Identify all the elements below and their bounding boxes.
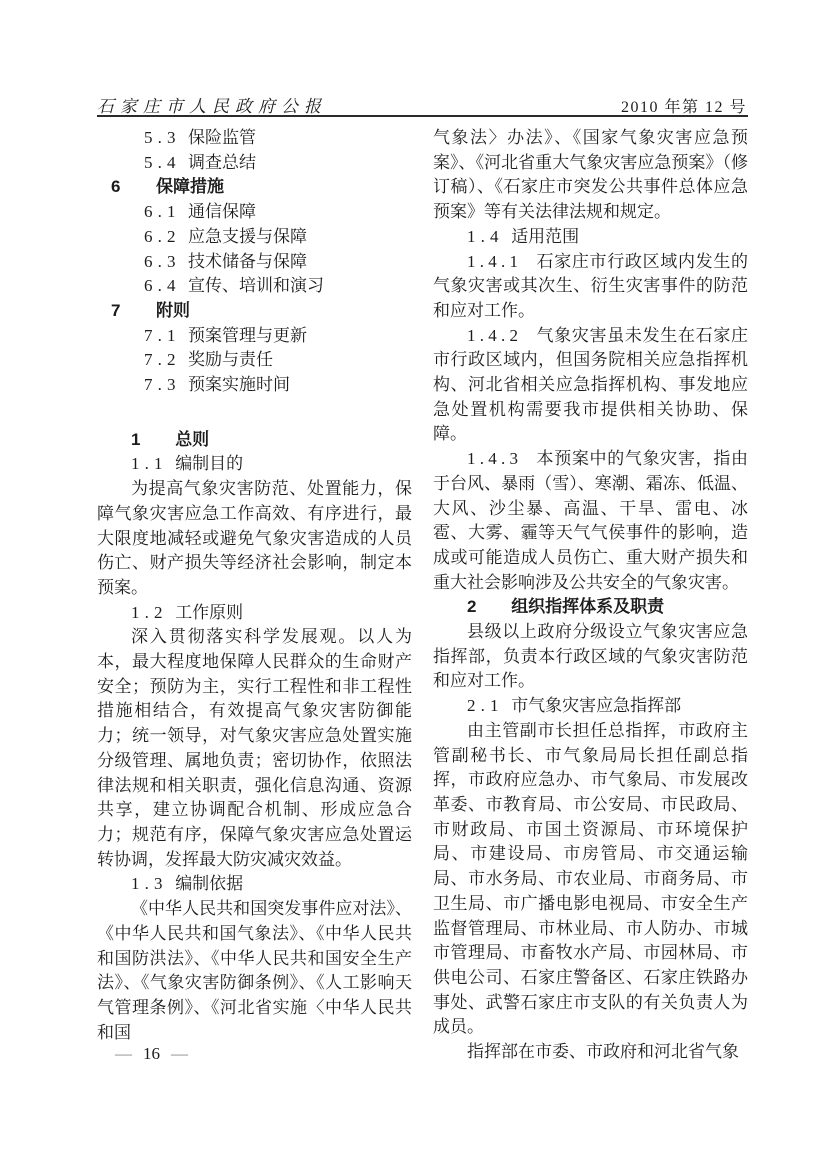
- section-title: 编制依据: [175, 874, 243, 893]
- toc-item: 6.1通信保障: [97, 200, 412, 225]
- section-number: 1.3: [131, 872, 175, 897]
- paragraph: 1.4.3本预案中的气象灾害，指由于台风、暴雨（雪）、寒潮、霜冻、低温、大风、沙…: [433, 447, 748, 595]
- left-column: 5.3保险监管 5.4调查总结 6保障措施 6.1通信保障 6.2应急支援与保障…: [97, 126, 412, 1065]
- section-number: 2: [467, 595, 511, 620]
- section-heading: 2.1市气象灾害应急指挥部: [433, 694, 748, 719]
- toc-item: 6保障措施: [97, 175, 412, 200]
- header-divider: [97, 115, 748, 117]
- toc-label: 调查总结: [188, 153, 256, 172]
- toc-item: 5.4调查总结: [97, 151, 412, 176]
- toc-number: 5.3: [144, 126, 188, 151]
- paragraph: 深入贯彻落实科学发展观。以人为本，最大程度地保障人民群众的生命财产安全；预防为主…: [97, 625, 412, 872]
- section-number: 1.1: [131, 452, 175, 477]
- section-heading: 1.1编制目的: [97, 452, 412, 477]
- toc-number: 6.1: [144, 200, 188, 225]
- toc-label: 附则: [156, 301, 190, 320]
- clause-text: 本预案中的气象灾害，指由于台风、暴雨（雪）、寒潮、霜冻、低温、大风、沙尘暴、高温…: [433, 449, 748, 592]
- section-heading: 1.4适用范围: [433, 225, 748, 250]
- toc-label: 技术储备与保障: [188, 252, 307, 271]
- publication-title: 石家庄市人民政府公报: [97, 92, 327, 117]
- toc-label: 保险监管: [188, 128, 256, 147]
- toc-number: 7: [111, 299, 156, 324]
- right-column: 气象法〉办法》、《国家气象灾害应急预案》、《河北省重大气象灾害应急预案》（修订稿…: [433, 126, 748, 1065]
- section-title: 编制目的: [175, 454, 243, 473]
- paragraph: 指挥部在市委、市政府和河北省气象: [433, 1040, 748, 1065]
- toc-item: 7.3预案实施时间: [97, 373, 412, 398]
- clause-number: 1.4.1: [467, 252, 536, 271]
- section-title: 总则: [175, 430, 209, 449]
- two-column-content: 5.3保险监管 5.4调查总结 6保障措施 6.1通信保障 6.2应急支援与保障…: [97, 126, 748, 1065]
- issue-number: 2010 年第 12 号: [621, 94, 747, 117]
- section-heading: 1总则: [97, 428, 412, 453]
- section-title: 适用范围: [511, 227, 579, 246]
- paragraph: 1.4.1石家庄市行政区域内发生的气象灾害或其次生、衍生灾害事件的防范和应对工作…: [433, 250, 748, 324]
- toc-number: 5.4: [144, 151, 188, 176]
- toc-label: 奖励与责任: [188, 350, 273, 369]
- toc-number: 6.3: [144, 250, 188, 275]
- section-heading: 2组织指挥体系及职责: [433, 595, 748, 620]
- toc-label: 应急支援与保障: [188, 227, 307, 246]
- toc-item: 6.2应急支援与保障: [97, 225, 412, 250]
- gazette-page: 石家庄市人民政府公报 2010 年第 12 号 5.3保险监管 5.4调查总结 …: [0, 0, 826, 1169]
- footer-right-dash: —: [160, 1044, 199, 1063]
- section-number: 1.4: [467, 225, 511, 250]
- footer-left-dash: —: [104, 1044, 143, 1063]
- section-title: 市气象灾害应急指挥部: [511, 696, 681, 715]
- toc-number: 7.1: [144, 324, 188, 349]
- toc-number: 7.3: [144, 373, 188, 398]
- paragraph: 1.4.2气象灾害虽未发生在石家庄市行政区域内，但国务院相关应急指挥机构、河北省…: [433, 324, 748, 448]
- toc-number: 6.2: [144, 225, 188, 250]
- page-number: 16: [143, 1044, 160, 1063]
- paragraph-continuation: 气象法〉办法》、《国家气象灾害应急预案》、《河北省重大气象灾害应急预案》（修订稿…: [433, 126, 748, 225]
- toc-item: 7.1预案管理与更新: [97, 324, 412, 349]
- section-number: 1.2: [131, 601, 175, 626]
- paragraph: 《中华人民共和国突发事件应对法》、《中华人民共和国气象法》、《中华人民共和国防洪…: [97, 897, 412, 1045]
- section-title: 工作原则: [175, 603, 243, 622]
- page-number-footer: —16—: [104, 1044, 199, 1064]
- toc-number: 7.2: [144, 348, 188, 373]
- paragraph: 县级以上政府分级设立气象灾害应急指挥部，负责本行政区域的气象灾害防范和应对工作。: [433, 620, 748, 694]
- section-title: 组织指挥体系及职责: [511, 597, 664, 616]
- toc-item: 7.2奖励与责任: [97, 348, 412, 373]
- clause-number: 1.4.2: [467, 326, 536, 345]
- toc-item: 6.3技术储备与保障: [97, 250, 412, 275]
- toc-label: 保障措施: [156, 177, 224, 196]
- toc-item: 6.4宣传、培训和演习: [97, 274, 412, 299]
- toc-number: 6.4: [144, 274, 188, 299]
- paragraph: 由主管副市长担任总指挥，市政府主管副秘书长、市气象局局长担任副总指挥，市政府应急…: [433, 719, 748, 1040]
- toc-label: 通信保障: [188, 202, 256, 221]
- section-number: 1: [131, 428, 175, 453]
- toc-item: 5.3保险监管: [97, 126, 412, 151]
- paragraph: 为提高气象灾害防范、处置能力，保障气象灾害应急工作高效、有序进行，最大限度地减轻…: [97, 477, 412, 601]
- section-number: 2.1: [467, 694, 511, 719]
- section-heading: 1.2工作原则: [97, 601, 412, 626]
- toc-label: 宣传、培训和演习: [188, 276, 324, 295]
- toc-label: 预案管理与更新: [188, 326, 307, 345]
- toc-item: 7附则: [97, 299, 412, 324]
- toc-number: 6: [111, 175, 156, 200]
- clause-number: 1.4.3: [467, 449, 536, 468]
- section-heading: 1.3编制依据: [97, 872, 412, 897]
- toc-label: 预案实施时间: [188, 375, 290, 394]
